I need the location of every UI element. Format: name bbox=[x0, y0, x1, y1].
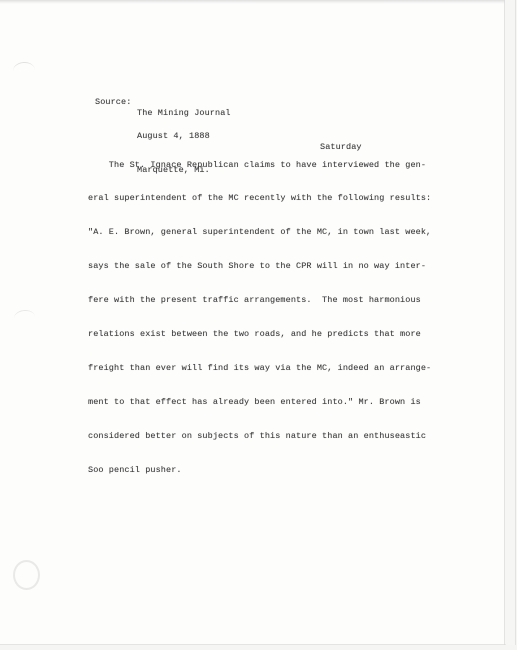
article-line: "A. E. Brown, general superintendent of … bbox=[88, 227, 438, 238]
document-page: Source: The Mining Journal August 4, 188… bbox=[0, 0, 517, 650]
article-line: fere with the present traffic arrangemen… bbox=[88, 295, 438, 306]
source-label: Source: bbox=[95, 97, 131, 108]
citation-row: Source: The Mining Journal bbox=[95, 86, 475, 97]
page-right-edge bbox=[504, 0, 505, 646]
article-line: eral superintendent of the MC recently w… bbox=[88, 193, 438, 204]
article-line: relations exist between the two roads, a… bbox=[88, 329, 438, 340]
publication-name: The Mining Journal bbox=[137, 108, 231, 119]
article-line: freight than ever will find its way via … bbox=[88, 363, 438, 374]
paper-smudge-mark bbox=[13, 560, 40, 590]
article-paragraph: The St. Ignace Republican claims to have… bbox=[88, 137, 438, 499]
scan-top-edge bbox=[0, 0, 517, 4]
scan-right-outer-edge bbox=[515, 0, 516, 650]
article-line: considered better on subjects of this na… bbox=[88, 431, 438, 442]
paper-curl-mark bbox=[12, 61, 35, 79]
article-line: ment to that effect has already been ent… bbox=[88, 397, 438, 408]
article-line: Soo pencil pusher. bbox=[88, 465, 438, 476]
citation-row: August 4, 1888 Saturday bbox=[95, 119, 475, 130]
paper-curl-mark bbox=[13, 309, 35, 326]
scan-bottom-margin bbox=[0, 645, 517, 650]
article-line: says the sale of the South Shore to the … bbox=[88, 261, 438, 272]
article-line: The St. Ignace Republican claims to have… bbox=[88, 160, 438, 171]
